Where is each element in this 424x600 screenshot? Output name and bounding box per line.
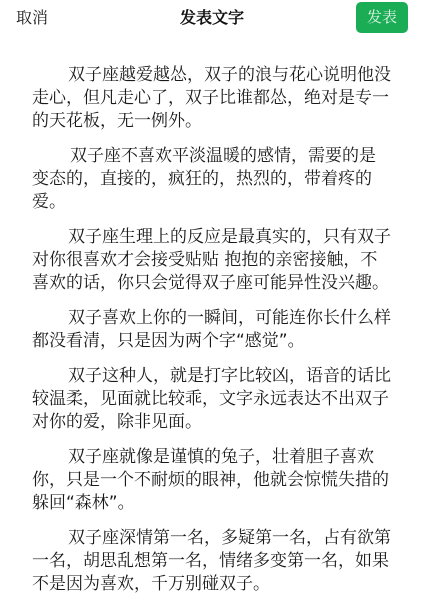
paragraph: 双子喜欢上你的一瞬间，可能连你长什么样都没看清，只是因为两个字“感觉”。 [32,307,392,353]
publish-button[interactable]: 发表 [356,2,408,33]
paragraph: 双子座生理上的反应是最真实的，只有双子对你很喜欢才会接受贴贴 抱抱的亲密接触，不… [32,226,392,295]
paragraph: 双子这种人，就是打字比较凶，语音的话比较温柔，见面就比较乖，文字永远表达不出双子… [32,365,392,434]
paragraph: 双子座不喜欢平淡温暖的感情，需要的是变态的，直接的，疯狂的，热烈的，带着疼的爱。 [32,145,392,214]
top-bar: 取消 发表文字 发表 [0,0,424,40]
paragraph: 双子座就像是谨慎的兔子，壮着胆子喜欢你，只是一个不耐烦的眼神，他就会惊慌失措的躲… [32,446,392,515]
paragraph: 双子座深情第一名，多疑第一名，占有欲第一名，胡思乱想第一名，情绪多变第一名，如果… [32,527,392,596]
paragraph: 双子座越爱越怂，双子的浪与花心说明他没走心，但凡走心了，双子比谁都怂，绝对是专一… [32,64,392,133]
text-editor[interactable]: 双子座越爱越怂，双子的浪与花心说明他没走心，但凡走心了，双子比谁都怂，绝对是专一… [32,64,392,600]
